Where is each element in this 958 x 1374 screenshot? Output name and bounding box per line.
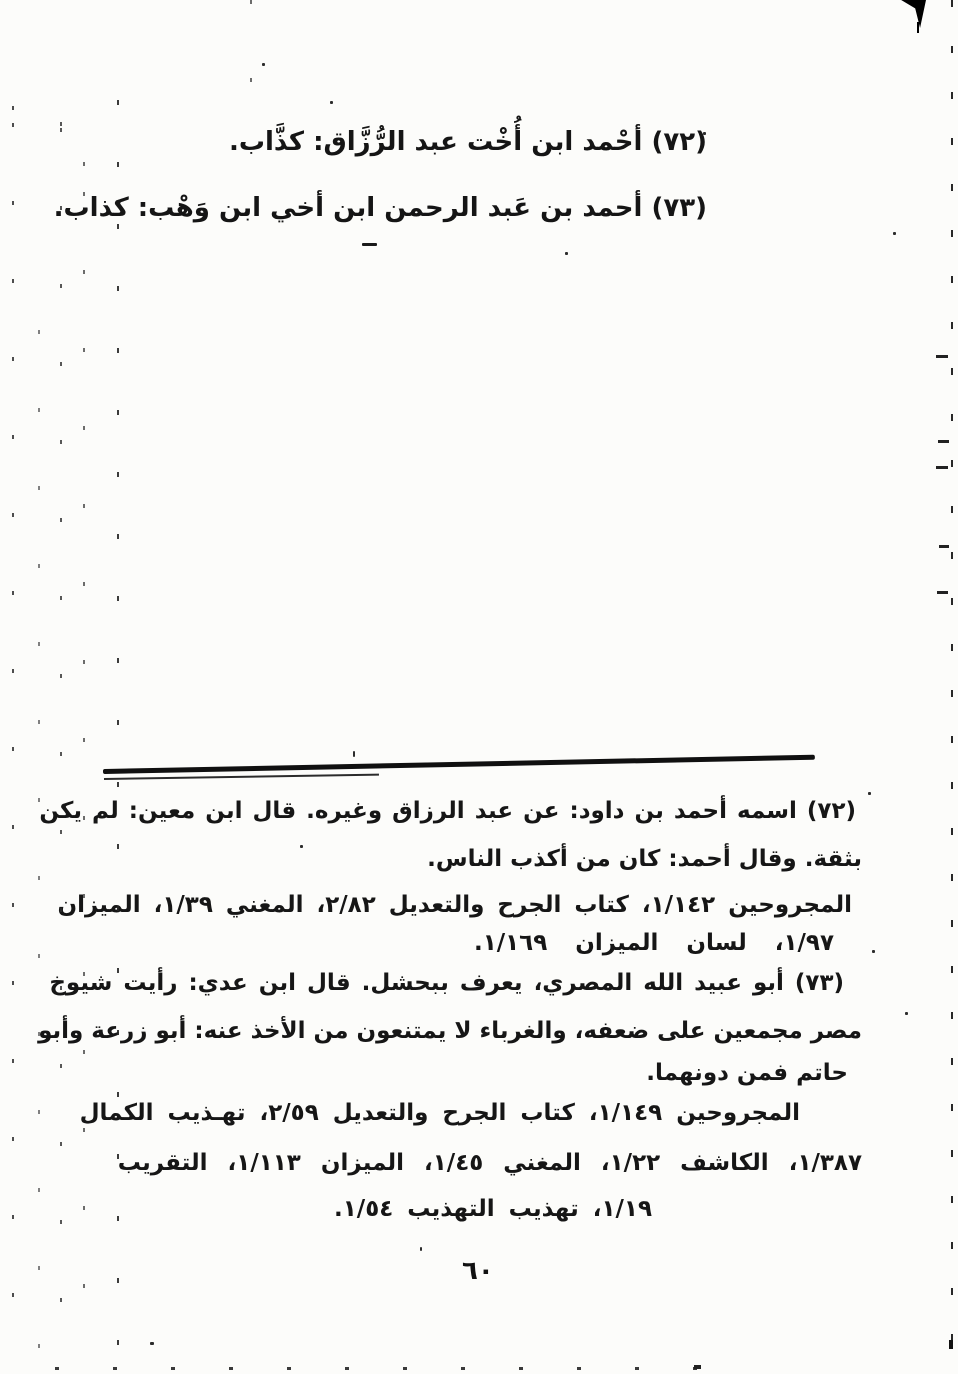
right-margin-dash [936, 466, 948, 469]
top-dotted-line [250, 0, 252, 130]
footnote-72-line-1: (٧٢) اسمه أحمد بن داود: عن عبد الرزاق وغ… [39, 794, 862, 828]
right-edge-mark [949, 1340, 953, 1349]
page-number: ٦٠ [462, 1256, 494, 1286]
left-edge-dotted-line [83, 140, 85, 1340]
footnote-separator-line [103, 755, 815, 774]
page-corner-fold-artifact [899, 0, 926, 28]
bottom-edge-dots [55, 1367, 710, 1370]
speck [893, 232, 896, 235]
right-margin-dash [938, 440, 949, 443]
footnote-73-citations-1: المجروحين ١/١٤٩، كتاب الجرح والتعديل ٢/٥… [80, 1096, 862, 1130]
scanned-book-page: (٧٢) أحْمد ابن أُخْت عبد الرُّزَّاق: كذَ… [0, 0, 958, 1374]
bottom-edge-mark [694, 1365, 701, 1369]
left-edge-dotted-line [117, 100, 119, 1374]
speck [905, 1012, 908, 1015]
speck [565, 252, 568, 255]
entry-line-72: (٧٢) أحْمد ابن أُخْت عبد الرُّزَّاق: كذَ… [229, 122, 707, 162]
right-margin-dash [936, 355, 948, 358]
footnote-73-citations-2: ١/٣٨٧، الكاشف ١/٢٢، المغني ١/٤٥، الميزان… [118, 1146, 862, 1180]
speck [150, 1342, 154, 1345]
footnote-72-citations-1: المجروحين ١/١٤٢، كتاب الجرح والتعديل ٢/٨… [57, 888, 862, 922]
footnote-73-line-1: (٧٣) أبو عبيد الله المصري، يعرف ببحشل. ق… [49, 966, 862, 1000]
footnote-73-line-2: مصر مجمعين على ضعفه، والغرباء لا يمتنعون… [38, 1014, 862, 1048]
right-edge-dotted-line [951, 0, 953, 1374]
footnote-73-citations-3: ١/١٩، تهذيب التهذيب ١/٥٤. [334, 1192, 862, 1226]
page-corner-fold-tail [917, 22, 919, 33]
left-edge-dotted-line [38, 290, 40, 1374]
left-edge-dotted-line [12, 105, 14, 1370]
speck [330, 101, 333, 104]
speck [300, 845, 303, 848]
speck [868, 792, 871, 795]
speck [262, 63, 265, 66]
right-margin-dash [937, 591, 948, 594]
speck [353, 751, 355, 757]
speck [420, 1247, 422, 1251]
footnote-72-line-2: بثقة. وقال أحمد: كان من أكذب الناس. [427, 842, 862, 876]
right-margin-dash [939, 545, 949, 548]
left-edge-dotted-line [60, 120, 62, 1374]
speck [703, 132, 706, 135]
footnote-72-citations-2: ١/٩٧، لسان الميزان ١/١٦٩. [474, 926, 862, 960]
footnote-separator-substroke [104, 774, 379, 780]
speck [872, 950, 875, 953]
kashida-mark-artifact [362, 243, 377, 246]
entry-line-73: (٧٣) أحمد بن عَبد الرحمن ابن أخي ابن وَه… [54, 188, 707, 228]
footnote-73-line-3: حاتم فمن دونهما. [646, 1056, 862, 1090]
